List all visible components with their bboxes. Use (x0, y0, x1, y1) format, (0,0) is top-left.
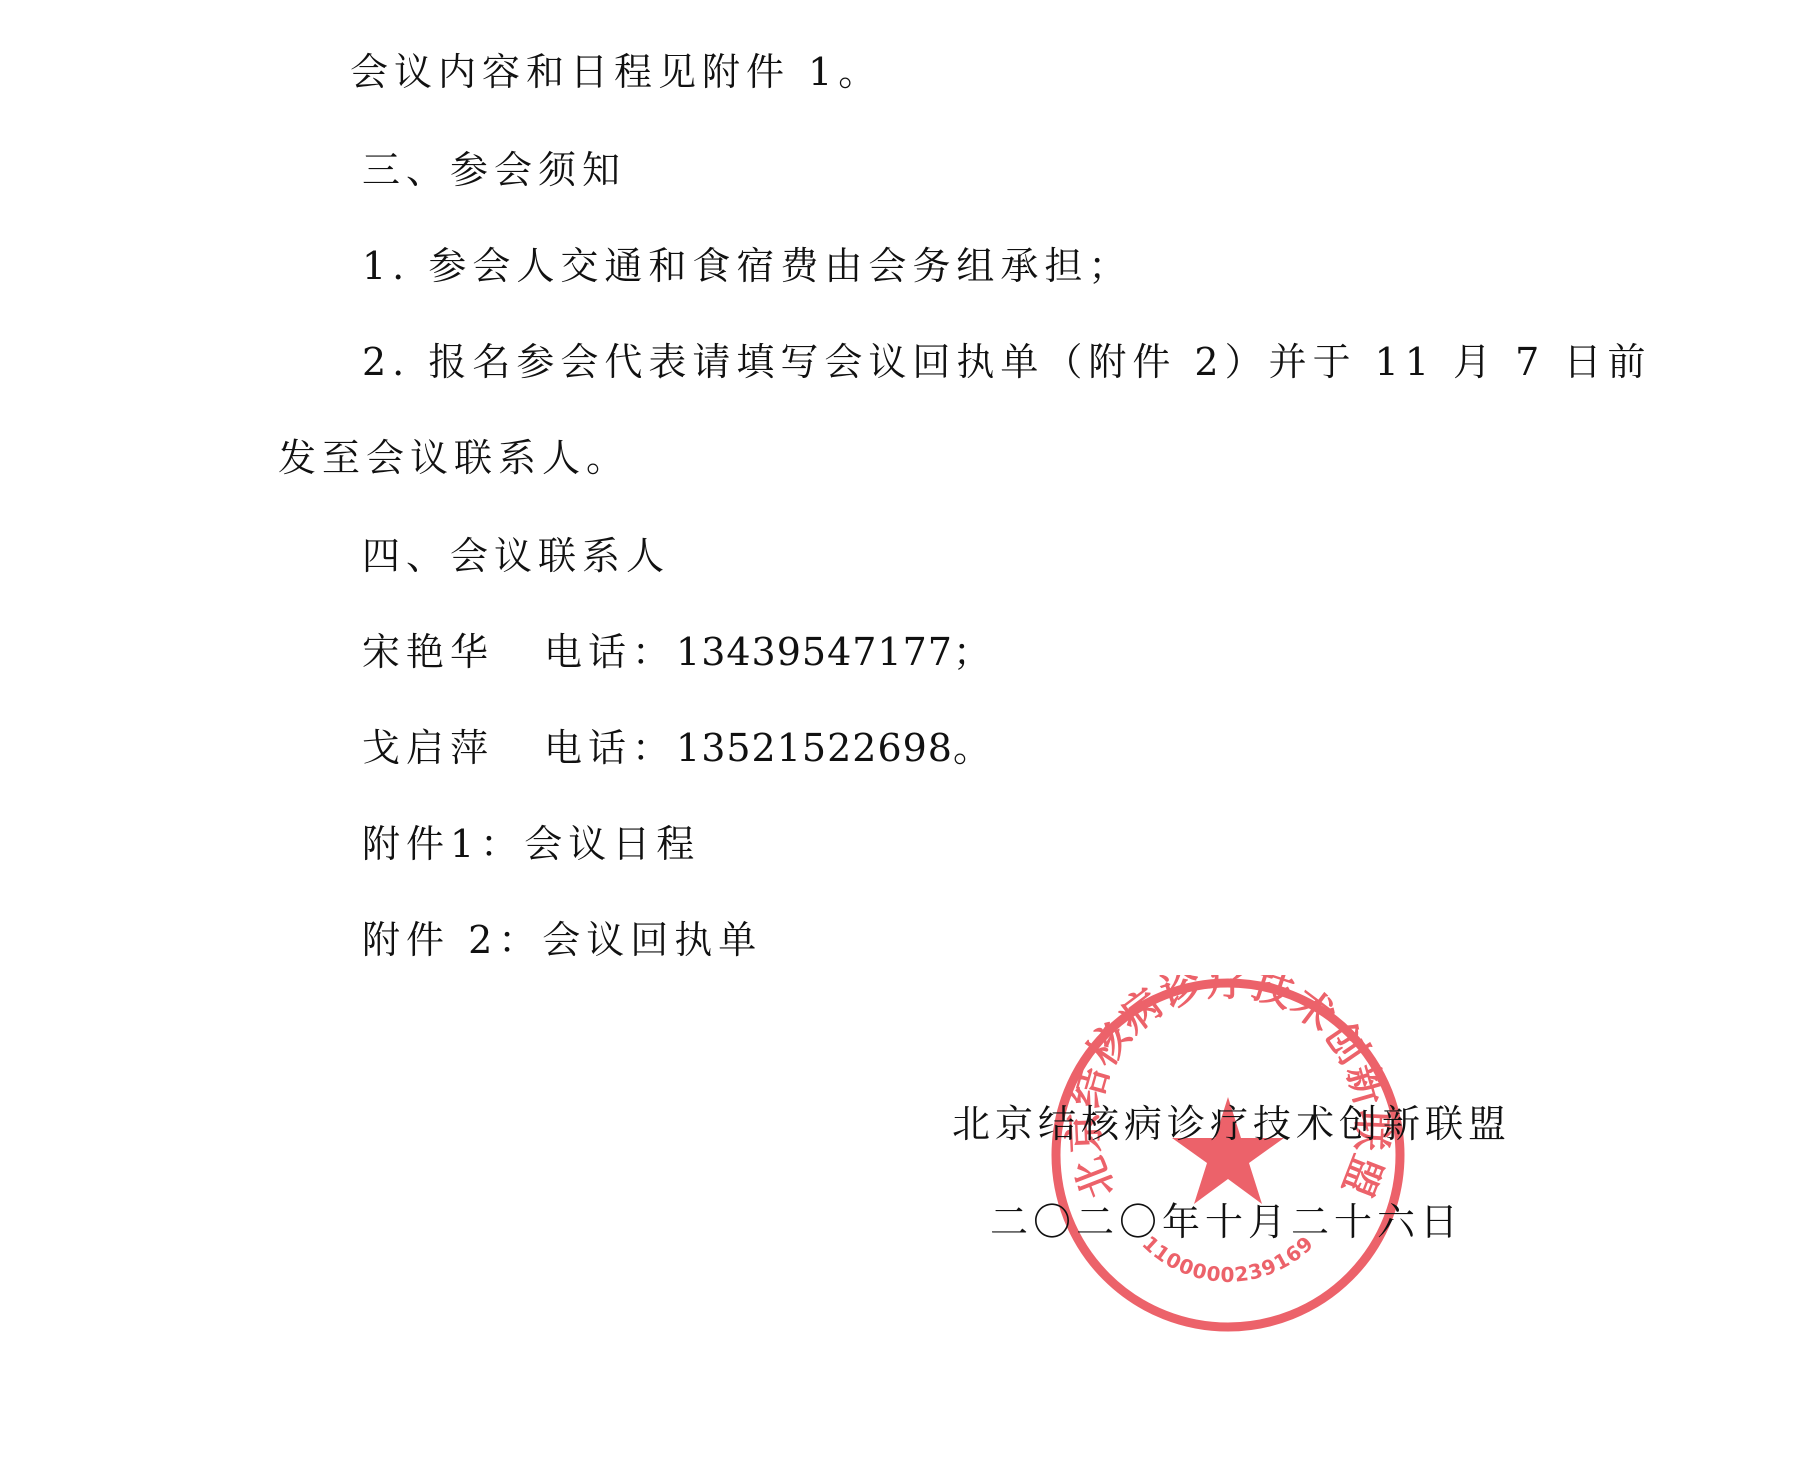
attachment-title: 会议日程 (524, 822, 700, 866)
heading-contacts: 四、会议联系人 (362, 532, 670, 580)
attachment-label: 附件 2： (362, 918, 542, 962)
attachment-label: 附件1： (362, 822, 524, 866)
contact-phone: 13521522698。 (676, 726, 992, 770)
contact-row: 戈启萍电话：13521522698。 (362, 724, 992, 772)
attachment-row: 附件 2：会议回执单 (362, 916, 762, 964)
contact-phone-label: 电话： (544, 726, 676, 770)
notice-item-2-continued: 发至会议联系人。 (278, 434, 630, 482)
contact-name: 戈启萍 (362, 726, 494, 770)
paragraph-agenda-reference: 会议内容和日程见附件 1。 (350, 48, 882, 96)
signature-date: 二〇二〇年十月二十六日 (990, 1198, 1463, 1246)
official-seal-stamp: 北京结核病诊疗技术创新联盟 1100000239169 (1048, 975, 1408, 1335)
document-page: 会议内容和日程见附件 1。 三、参会须知 1. 参会人交通和食宿费由会务组承担；… (0, 0, 1806, 1459)
heading-attendance-notice: 三、参会须知 (362, 146, 626, 194)
contact-row: 宋艳华电话：13439547177； (362, 628, 992, 676)
contact-phone-label: 电话： (544, 630, 676, 674)
attachment-title: 会议回执单 (542, 918, 762, 962)
contact-phone: 13439547177； (676, 630, 992, 674)
signature-organization: 北京结核病诊疗技术创新联盟 (952, 1100, 1511, 1148)
contact-name: 宋艳华 (362, 630, 494, 674)
notice-item-1: 1. 参会人交通和食宿费由会务组承担； (362, 242, 1132, 290)
attachment-row: 附件1：会议日程 (362, 820, 700, 868)
notice-item-2: 2. 报名参会代表请填写会议回执单（附件 2）并于 11 月 7 日前 (362, 338, 1651, 386)
